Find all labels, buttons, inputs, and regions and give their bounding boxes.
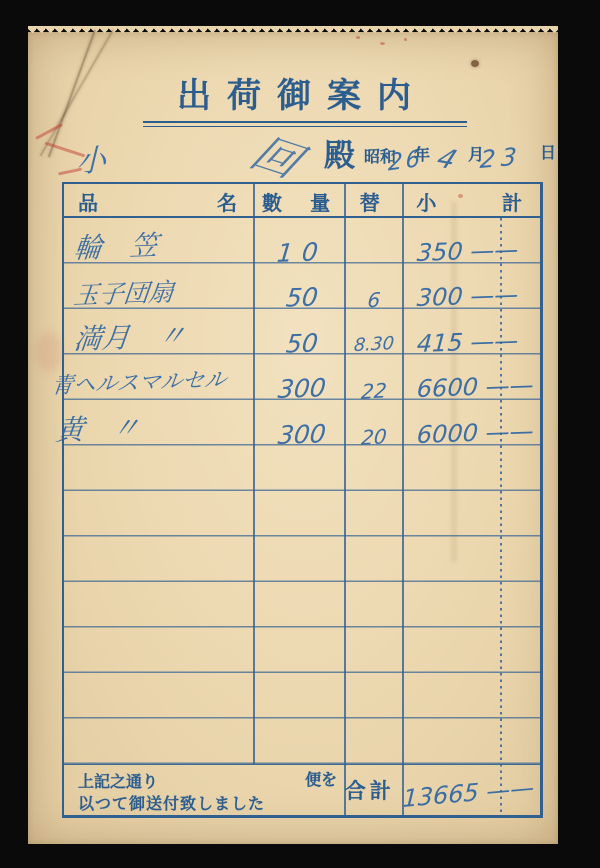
items-table: 品名 數量 替 小計 上記之通り 便を 以つて御送付致しました 合計 13665…: [62, 182, 543, 818]
handwritten-rate: 6: [345, 286, 403, 313]
handwritten-total: 13665 ——: [402, 773, 535, 813]
handwritten-quantity: 10: [254, 236, 349, 268]
handwritten-addressee-name: 小: [76, 134, 106, 181]
red-speck: [356, 36, 360, 39]
handwritten-subtotal: 6600 ——: [416, 371, 535, 403]
red-speck: [380, 42, 385, 45]
table-header-row: 品名 數量 替 小計: [64, 184, 540, 218]
stain-spot: [471, 60, 479, 67]
handwritten-rate: 8.30: [345, 332, 403, 356]
header-cell-subtotal: 小計: [398, 184, 540, 216]
handwritten-subtotal: 300 ——: [416, 280, 519, 312]
perforated-edge: [28, 26, 558, 33]
handwritten-item: 満月 〃: [72, 314, 188, 358]
handwritten-quantity: 300: [254, 372, 349, 404]
shipping-notice-card: 出荷御案内 小 回 殿 昭和 26 年 4 月 23 日 品名 數量 替 小計: [28, 32, 558, 844]
table-row: 黄 〃 300 20 6000 ——: [64, 410, 540, 450]
footer-note-line1: 上記之通り: [78, 769, 158, 792]
day-label: 日: [540, 140, 556, 163]
footer-note-cell: 上記之通り 便を 以つて御送付致しました: [64, 765, 341, 815]
document-title: 出荷御案内: [28, 68, 558, 117]
red-speck: [404, 38, 407, 41]
handwritten-quantity: 50: [254, 281, 349, 313]
total-label-cell: 合計: [341, 765, 398, 815]
photo-background: 出荷御案内 小 回 殿 昭和 26 年 4 月 23 日 品名 數量 替 小計: [0, 0, 600, 868]
handwritten-item: 輪 笠: [72, 224, 160, 267]
header-cell-rate: 替: [341, 184, 398, 216]
carrier-suffix-label: 便を: [305, 767, 337, 790]
table-row: 輪 笠 10 350 ——: [64, 228, 540, 268]
handwritten-mark: 回: [241, 119, 316, 189]
handwritten-subtotal: 6000 ——: [416, 417, 535, 449]
table-row: 満月 〃 50 8.30 415 ——: [64, 319, 540, 359]
table-row: 玉子団扇 50 6 300 ——: [64, 273, 540, 313]
year-label: 年: [414, 142, 430, 165]
handwritten-subtotal: 350 ——: [416, 235, 519, 267]
handwritten-item: 黄 〃: [54, 406, 142, 449]
column-divider: [253, 184, 255, 764]
table-footer-row: 上記之通り 便を 以つて御送付致しました 合計 13665 ——: [64, 765, 540, 815]
header-cell-item: 品名: [64, 184, 251, 216]
handwritten-day: 23: [479, 142, 524, 174]
handwritten-quantity: 50: [254, 327, 349, 359]
title-underline: [143, 121, 467, 127]
handwritten-item: 玉子団扇: [72, 272, 176, 312]
ink-smudge: [36, 332, 62, 372]
handwritten-month: 4: [432, 143, 461, 175]
table-row: 青ヘルスマルセル 300 22 6600 ——: [64, 364, 540, 404]
handwritten-rate: 20: [345, 423, 403, 450]
handwritten-item: 青ヘルスマルセル: [50, 363, 228, 400]
handwritten-subtotal: 415 ——: [416, 326, 519, 358]
header-cell-quantity: 數量: [251, 184, 341, 216]
total-value-cell: 13665 ——: [398, 765, 540, 815]
honorific-label: 殿: [324, 130, 355, 175]
handwritten-rate: 22: [345, 377, 403, 404]
footer-note-line2: 以つて御送付致しました: [78, 791, 265, 814]
handwritten-quantity: 300: [254, 418, 349, 450]
